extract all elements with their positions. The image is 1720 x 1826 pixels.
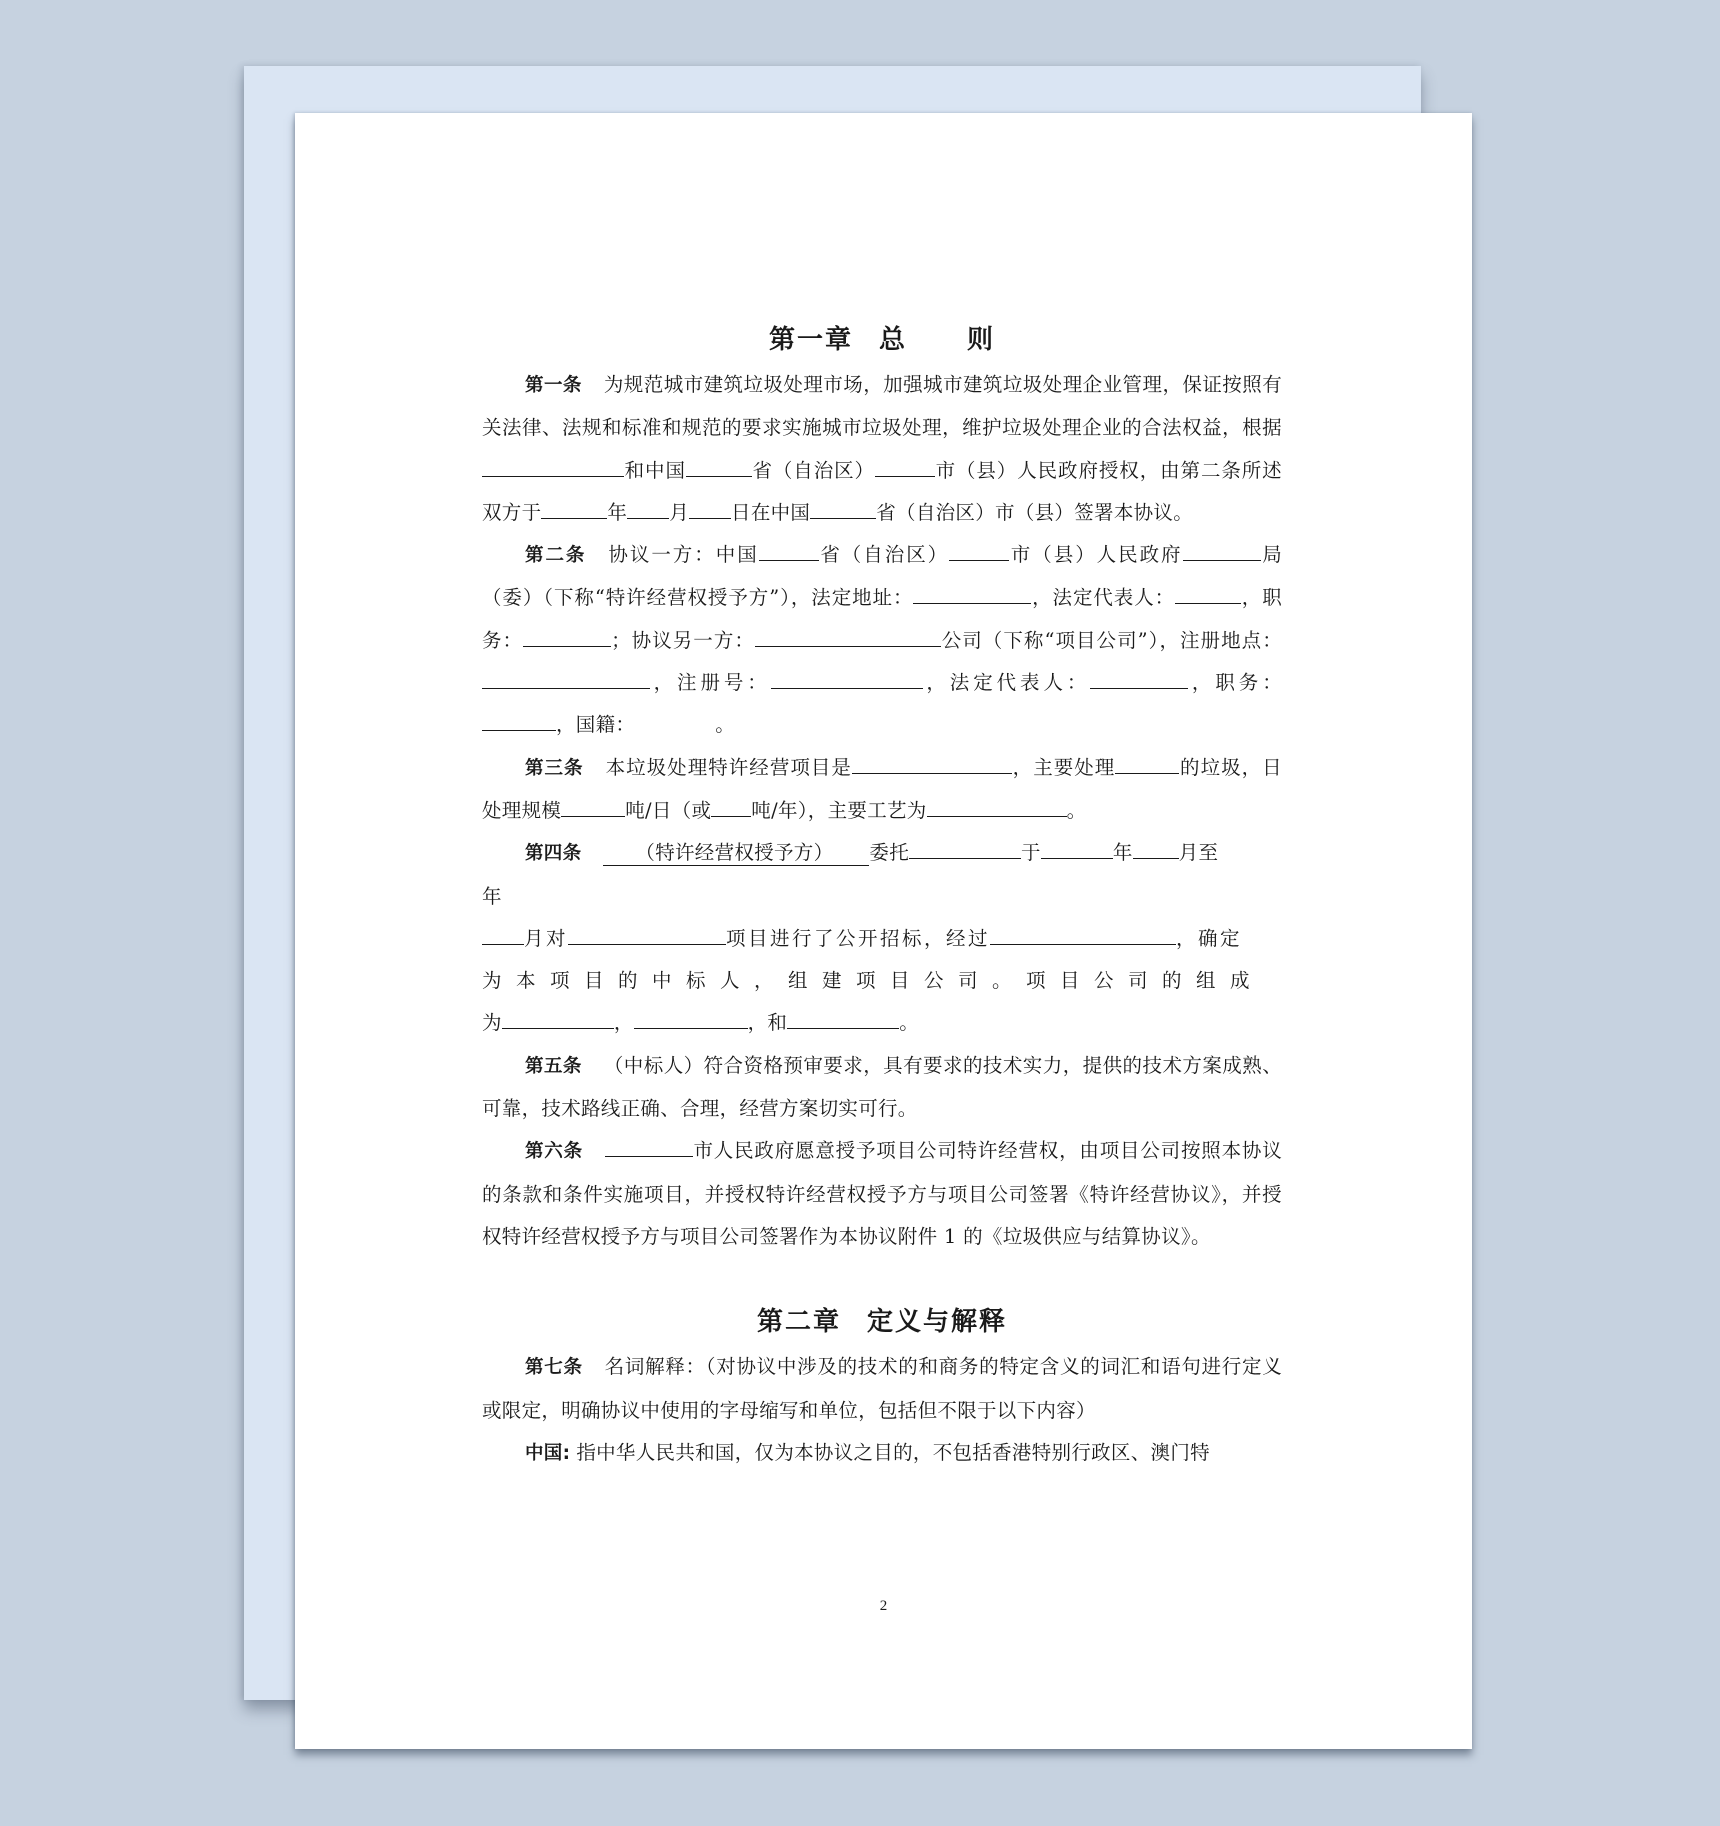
chapter-2-section: 第二章定义与解释 第七条名词解释：（对协议中涉及的技术的和商务的特定含义的词汇和… [482,1302,1282,1475]
article-text: ，法定代表人： [923,671,1091,694]
article-7: 第七条名词解释：（对协议中涉及的技术的和商务的特定含义的词汇和语句进行定义或限定… [482,1346,1282,1432]
article-text: 省（自治区） [819,543,949,566]
article-3: 第三条本垃圾处理特许经营项目是，主要处理的垃圾，日处理规模吨/日（或吨/年），主… [482,747,1282,833]
definition-text: 指中华人民共和国，仅为本协议之目的，不包括香港特别行政区、澳门特 [576,1441,1210,1464]
blank-field[interactable] [689,498,731,519]
blank-field[interactable] [482,924,524,945]
article-text: 。 [899,1011,919,1034]
article-4-cont-4: 为，，和。 [482,1002,1282,1044]
article-text: 年 [1113,841,1133,864]
article-text: 市（县）人民政府 [1009,543,1182,566]
blank-field[interactable] [909,838,1021,859]
blank-field[interactable] [627,498,669,519]
blank-field[interactable] [787,1008,899,1029]
blank-field[interactable] [541,498,607,519]
blank-field[interactable] [852,753,1012,774]
blank-field[interactable] [1183,540,1261,561]
article-4-cont-3: 为本项目的中标人，组建项目公司。项目公司的组成 [482,960,1282,1002]
article-text: 月 [669,501,689,524]
article-text: 为规范城市建筑垃圾处理市场，加强城市建筑垃圾处理企业管理，保证按照有关法律、法规… [482,373,1282,439]
article-4-cont-1: 年 [482,876,1282,918]
article-text: ，和 [748,1011,788,1034]
article-text: ，法定代表人： [1031,586,1175,609]
article-text: 年 [482,885,502,908]
blank-field[interactable] [482,710,556,731]
article-text: 。 [1067,799,1087,822]
blank-field[interactable] [568,924,726,945]
chapter-title-text: 定义与解释 [867,1307,1007,1337]
article-text: 为本项目的中标人，组建项目公司。项目公司的组成 [482,969,1264,992]
article-text: ，国籍： [556,713,635,736]
article-2: 第二条协议一方：中国省（自治区）市（县）人民政府局（委）（下称“特许经营权授予方… [482,534,1282,746]
article-1: 第一条为规范城市建筑垃圾处理市场，加强城市建筑垃圾处理企业管理，保证按照有关法律… [482,364,1282,534]
article-5: 第五条（中标人）符合资格预审要求，具有要求的技术实力，提供的技术方案成熟、可靠，… [482,1045,1282,1131]
article-text: 年 [607,501,627,524]
article-label: 第七条 [525,1357,583,1378]
article-text: 吨/日（或 [625,799,711,822]
blank-field[interactable] [771,668,923,689]
article-text: 日在中国 [731,501,810,524]
article-text: （中标人）符合资格预审要求，具有要求的技术实力，提供的技术方案成熟、可靠，技术路… [482,1054,1282,1120]
article-text: ， [614,1011,634,1034]
definition-china: 中国:指中华人民共和国，仅为本协议之目的，不包括香港特别行政区、澳门特 [482,1432,1282,1475]
blank-field[interactable] [759,540,819,561]
blank-field[interactable] [755,626,941,647]
article-label: 第五条 [525,1056,582,1077]
blank-field[interactable] [990,924,1176,945]
article-label: 第二条 [525,545,586,566]
article-text: 公司（下称“项目公司”），注册地点： [941,629,1282,652]
article-text: ，职务： [1188,671,1282,694]
blank-field[interactable] [913,583,1031,604]
blank-field[interactable] [482,668,650,689]
blank-field[interactable] [605,1136,693,1157]
article-label: 第六条 [525,1141,583,1162]
blank-field[interactable] [482,456,624,477]
blank-field[interactable] [1115,753,1179,774]
blank-field[interactable] [1175,583,1241,604]
article-text: 名词解释：（对协议中涉及的技术的和商务的特定含义的词汇和语句进行定义或限定，明确… [482,1355,1282,1421]
blank-field[interactable] [949,540,1009,561]
page-number: 2 [295,1598,1472,1615]
blank-field[interactable] [686,456,752,477]
blank-field[interactable] [502,1008,614,1029]
article-text: 委托 [869,841,909,864]
blank-field[interactable] [634,1008,748,1029]
article-text: 和中国 [624,459,686,482]
article-text: 月至 [1179,841,1219,864]
blank-field[interactable] [1090,668,1188,689]
page-content: 第一章总则 第一条为规范城市建筑垃圾处理市场，加强城市建筑垃圾处理企业管理，保证… [482,320,1282,1475]
article-4: 第四条（特许经营权授予方）委托于年月至 [482,832,1282,875]
blank-field[interactable] [875,456,935,477]
underlined-party: （特许经营权授予方） [603,841,869,866]
article-6: 第六条市人民政府愿意授予项目公司特许经营权，由项目公司按照本协议的条款和条件实施… [482,1130,1282,1258]
blank-field[interactable] [711,796,751,817]
article-text: ，确定 [1176,927,1242,950]
chapter-number: 第二章 [757,1307,841,1337]
chapter-1-title: 第一章总则 [482,320,1282,360]
article-text: 月对 [524,927,568,950]
chapter-title-part: 则 [967,325,995,355]
article-text: ，主要处理 [1012,756,1115,779]
blank-field[interactable] [523,626,611,647]
article-text: 。 [715,713,735,736]
definition-label: 中国: [525,1443,570,1464]
article-text: ；协议另一方： [611,629,755,652]
blank-field[interactable] [927,796,1067,817]
article-label: 第一条 [525,375,582,396]
blank-field[interactable] [810,498,876,519]
article-text: 协议一方：中国 [608,543,758,566]
chapter-title-part: 总 [879,325,907,355]
article-text: 省（自治区） [752,459,875,482]
article-text: 省（自治区）市（县）签署本协议。 [876,501,1193,524]
chapter-2-title: 第二章定义与解释 [482,1302,1282,1342]
article-text: 项目进行了公开招标，经过 [726,927,990,950]
article-text: 本垃圾处理特许经营项目是 [606,756,852,779]
chapter-number: 第一章 [769,325,853,355]
article-text: ，注册号： [650,671,771,694]
article-label: 第三条 [525,758,584,779]
article-text: 市人民政府愿意授予项目公司特许经营权，由项目公司按照本协议的条款和条件实施项目，… [482,1139,1282,1248]
article-label: 第四条 [525,843,581,864]
article-text: 吨/年），主要工艺为 [751,799,926,822]
article-text: 为 [482,1011,502,1034]
document-page: 第一章总则 第一条为规范城市建筑垃圾处理市场，加强城市建筑垃圾处理企业管理，保证… [295,113,1472,1749]
article-4-cont-2: 月对项目进行了公开招标，经过，确定 [482,918,1282,960]
article-text: 于 [1021,841,1041,864]
blank-field[interactable] [1133,838,1179,859]
blank-field[interactable] [561,796,625,817]
blank-field[interactable] [1041,838,1113,859]
